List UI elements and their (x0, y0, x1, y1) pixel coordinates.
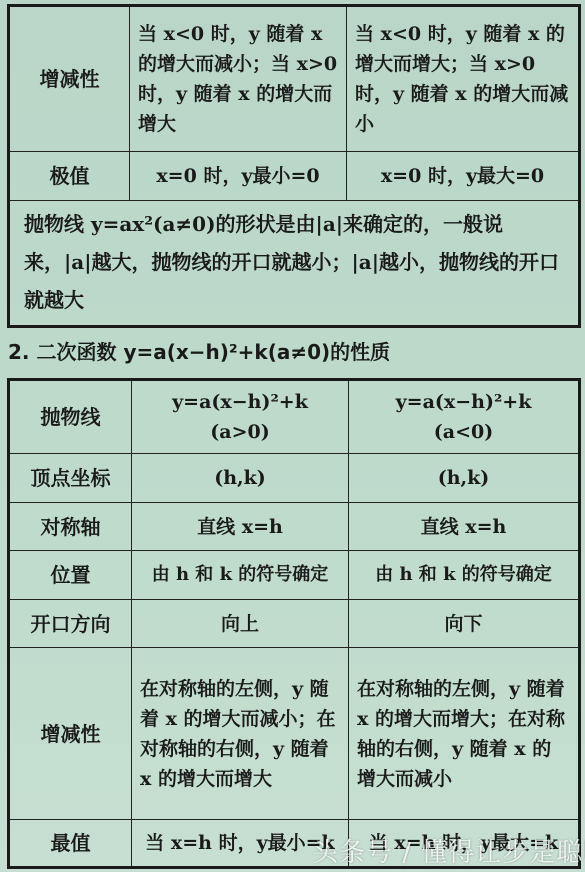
row-label-extremum: 极值 (9, 152, 130, 201)
row-label-opening: 开口方向 (9, 600, 132, 648)
cell-axis-a-negative: 直线 x=h (349, 503, 580, 551)
table-row-monotonicity-2: 增减性 在对称轴的左侧，y 随着 x 的增大而减小；在对称轴的右侧，y 随着 x… (9, 648, 580, 820)
header-a-negative-formula: y=a(x−h)²+k (349, 387, 578, 417)
header-a-positive-formula: y=a(x−h)²+k (132, 387, 348, 417)
cell-extremum-a-positive: x=0 时，y最小=0 (130, 152, 347, 201)
table-row-opening: 开口方向 向上 向下 (9, 600, 580, 648)
cell-axis-a-positive: 直线 x=h (132, 503, 349, 551)
cell-monotonicity-2-a-positive: 在对称轴的左侧，y 随着 x 的增大而减小；在对称轴的右侧，y 随着 x 的增大… (132, 648, 349, 820)
shape-note: 抛物线 y=ax²(a≠0)的形状是由|a|来确定的，一般说来，|a|越大，抛物… (9, 201, 580, 327)
cell-monotonicity-a-positive: 当 x<0 时，y 随着 x 的增大而减小；当 x>0 时，y 随着 x 的增大… (130, 6, 347, 152)
table-row-vertex: 顶点坐标 (h,k) (h,k) (9, 454, 580, 503)
row-label-monotonicity-2: 增减性 (9, 648, 132, 820)
cell-opening-a-negative: 向下 (349, 600, 580, 648)
header-a-positive: y=a(x−h)²+k (a>0) (132, 380, 349, 454)
row-label-position: 位置 (9, 551, 132, 600)
section-heading: 2. 二次函数 y=a(x−h)²+k(a≠0)的性质 (8, 336, 390, 368)
cell-monotonicity-a-negative: 当 x<0 时，y 随着 x 的增大而增大；当 x>0 时，y 随着 x 的增大… (347, 6, 580, 152)
cell-position-a-negative: 由 h 和 k 的符号确定 (349, 551, 580, 600)
row-label-vertex: 顶点坐标 (9, 454, 132, 503)
row-label-extremum-2: 最值 (9, 820, 132, 868)
cell-position-a-positive: 由 h 和 k 的符号确定 (132, 551, 349, 600)
table-row-position: 位置 由 h 和 k 的符号确定 由 h 和 k 的符号确定 (9, 551, 580, 600)
cell-extremum-a-negative: x=0 时，y最大=0 (347, 152, 580, 201)
table-header-row: 抛物线 y=a(x−h)²+k (a>0) y=a(x−h)²+k (a<0) (9, 380, 580, 454)
row-label-monotonicity: 增减性 (9, 6, 130, 152)
cell-monotonicity-2-a-negative: 在对称轴的左侧，y 随着 x 的增大而增大；在对称轴的右侧，y 随着 x 的增大… (349, 648, 580, 820)
cell-vertex-a-positive: (h,k) (132, 454, 349, 503)
table-row-monotonicity: 增减性 当 x<0 时，y 随着 x 的增大而减小；当 x>0 时，y 随着 x… (9, 6, 580, 152)
cell-vertex-a-negative: (h,k) (349, 454, 580, 503)
vertex-form-properties-table: 抛物线 y=a(x−h)²+k (a>0) y=a(x−h)²+k (a<0) … (7, 378, 581, 869)
header-a-positive-condition: (a>0) (132, 417, 348, 447)
table-row-axis: 对称轴 直线 x=h 直线 x=h (9, 503, 580, 551)
header-a-negative-condition: (a<0) (349, 417, 578, 447)
header-a-negative: y=a(x−h)²+k (a<0) (349, 380, 580, 454)
table-row-note: 抛物线 y=ax²(a≠0)的形状是由|a|来确定的，一般说来，|a|越大，抛物… (9, 201, 580, 327)
document-page: 增减性 当 x<0 时，y 随着 x 的增大而减小；当 x>0 时，y 随着 x… (0, 0, 585, 872)
cell-opening-a-positive: 向上 (132, 600, 349, 648)
parabola-basic-properties-table: 增减性 当 x<0 时，y 随着 x 的增大而减小；当 x>0 时，y 随着 x… (7, 4, 581, 328)
watermark: 头条号 / 懂得让步是聪明 (312, 832, 585, 869)
table-row-extremum: 极值 x=0 时，y最小=0 x=0 时，y最大=0 (9, 152, 580, 201)
row-label-axis: 对称轴 (9, 503, 132, 551)
header-label-parabola: 抛物线 (9, 380, 132, 454)
